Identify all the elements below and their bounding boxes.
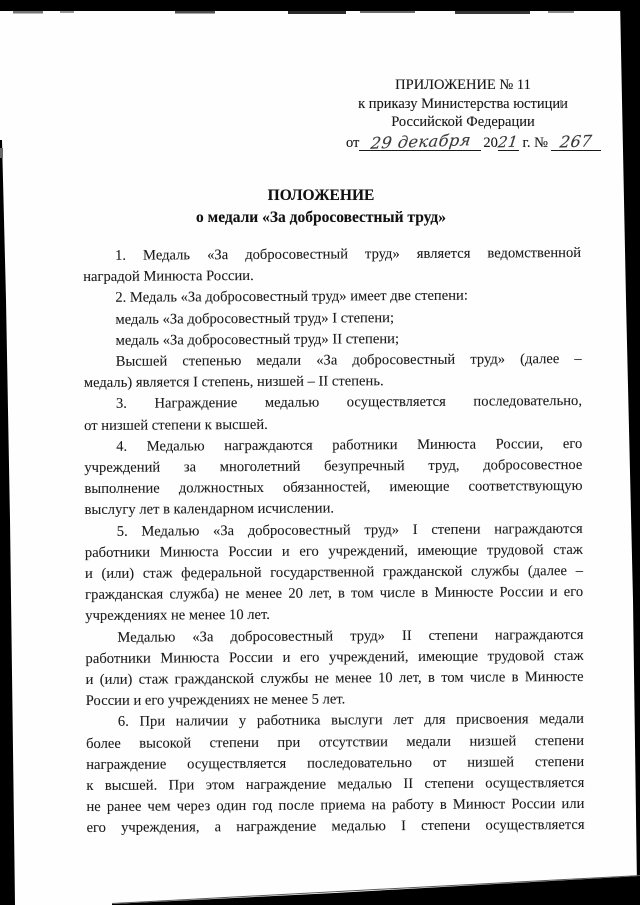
appendix-header: ПРИЛОЖЕНИЕ № 11 к приказу Министерства ю… <box>338 76 588 152</box>
document-line: более высокой степени при отсутствии мед… <box>86 731 584 755</box>
document-line: к высшей. При этом награждение медалью I… <box>86 773 584 797</box>
document-line: Высшей степенью медали «За добросовестны… <box>84 349 582 373</box>
document-line: медаль «За добросовестный труд» II степе… <box>84 328 582 352</box>
appendix-order-line: к приказу Министерства юстиции <box>338 95 588 114</box>
document-line: и (или) стаж гражданской службы не менее… <box>86 667 584 691</box>
scan-top-dash <box>360 11 415 13</box>
document-line: медаль «За добросовестный труд» I степен… <box>83 307 581 331</box>
appendix-number: ПРИЛОЖЕНИЕ № 11 <box>338 76 588 95</box>
document-line: не ранее чем через один год после приема… <box>86 794 584 818</box>
document-line: 6. При наличии у работника выслуги лет д… <box>86 709 584 733</box>
document-line: 1. Медаль «За добросовестный труд» являе… <box>83 243 581 267</box>
number-blank-underline: 267 <box>551 135 601 151</box>
document-title: ПОЛОЖЕНИЕ о медали «За добросовестный тр… <box>40 185 602 229</box>
scan-bottom-hairline <box>112 876 640 904</box>
handwritten-number: 267 <box>559 134 593 149</box>
title-word: ПОЛОЖЕНИЕ <box>40 185 602 207</box>
document-line: наградой Минюста России. <box>83 264 581 288</box>
title-subject: о медали «За добросовестный труд» <box>40 207 602 229</box>
document-line: учреждениях не менее 10 лет. <box>85 603 583 627</box>
scan-top-dash <box>288 11 346 14</box>
document-line: награждение осуществляется последователь… <box>86 752 584 776</box>
scan-top-dash <box>175 11 215 14</box>
document-line: учреждений за многолетний безупречный тр… <box>84 455 582 479</box>
document-line: и (или) стаж федеральной государственной… <box>85 561 583 585</box>
document-line: от низшей степени к высшей. <box>84 413 582 437</box>
scan-top-dash <box>13 11 43 14</box>
document-line: 4. Медалью награждаются работники Минюст… <box>84 434 582 458</box>
document-line: медаль) является I степень, низшей – II … <box>84 370 582 394</box>
scan-edge-bottom <box>112 876 640 905</box>
document-line: Медалью «За добросовестный труд» II степ… <box>85 625 583 649</box>
year-blank-underline: 21 <box>498 135 519 151</box>
scan-top-dash <box>60 11 74 13</box>
scan-edge-right <box>620 0 640 905</box>
handwritten-date: 29 декабря <box>369 133 471 150</box>
document-line: 2. Медаль «За добросовестный труд» имеет… <box>83 285 581 309</box>
document-line: гражданская служба) не менее 20 лет, в т… <box>85 582 583 606</box>
year-suffix: г. № <box>523 135 548 151</box>
date-prefix: от <box>346 135 359 151</box>
handwritten-year: 21 <box>497 134 519 149</box>
document-line: его учреждения, а награждение медалью I … <box>86 815 584 839</box>
scan-edge-top <box>0 0 640 11</box>
document-body: 1. Медаль «За добросовестный труд» являе… <box>83 243 585 840</box>
date-blank-underline: 29 декабря <box>359 135 481 151</box>
document-line: работники Минюста России и его учреждени… <box>85 646 583 670</box>
document-line: работники Минюста России и его учреждени… <box>85 540 583 564</box>
document-line: выполнение должностных обязанностей, име… <box>84 476 582 500</box>
order-date-line: от29 декабря2021 г. №267 <box>338 134 588 153</box>
document-line: 5. Медалью «За добросовестный труд» I ст… <box>85 519 583 543</box>
document-line: 3. Награждение медалью осуществляется по… <box>84 391 582 415</box>
scan-left-tip <box>0 148 3 158</box>
scan-edge-left <box>0 140 15 905</box>
scanned-page: ПРИЛОЖЕНИЕ № 11 к приказу Министерства ю… <box>0 0 640 905</box>
scan-top-dash <box>548 11 574 13</box>
year-printed: 20 <box>483 135 498 151</box>
document-line: России и его учреждениях не менее 5 лет. <box>86 688 584 712</box>
scan-top-dash <box>455 11 530 14</box>
appendix-ministry-line: Российской Федерации <box>338 113 588 132</box>
document-line: выслугу лет в календарном исчислении. <box>85 497 583 521</box>
